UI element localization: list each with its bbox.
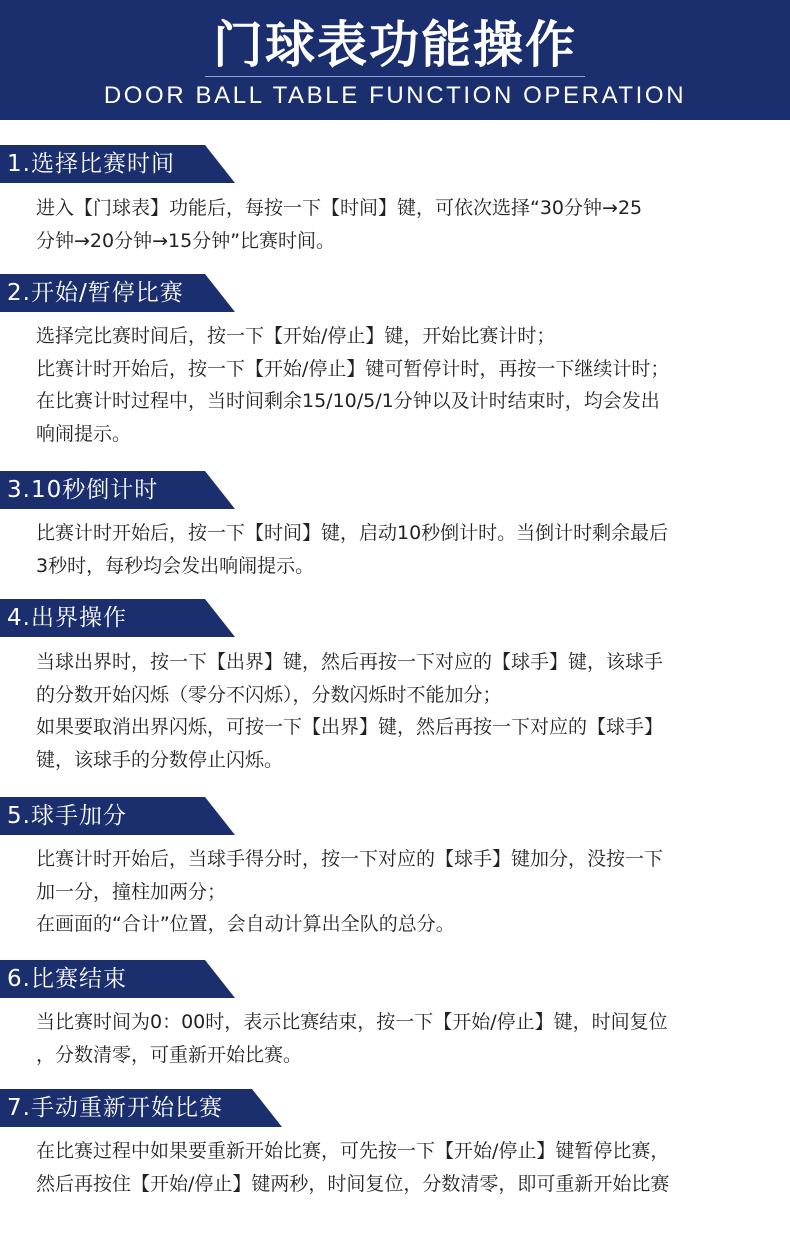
section-body: 选择完比赛时间后，按一下【开始/停止】键，开始比赛计时； 比赛计时开始后，按一下… (36, 320, 776, 450)
page-title: 门球表功能操作 (0, 14, 790, 76)
section-title: 3.10秒倒计时 (7, 471, 158, 509)
body-line: 当比赛时间为0：00时，表示比赛结束，按一下【开始/停止】键，时间复位 (36, 1006, 776, 1039)
body-line: 分钟→20分钟→15分钟”比赛时间。 (36, 225, 776, 258)
body-line: 的分数开始闪烁（零分不闪烁），分数闪烁时不能加分； (36, 679, 776, 712)
body-line: 比赛计时开始后，按一下【时间】键，启动10秒倒计时。当倒计时剩余最后 (36, 517, 776, 550)
section-body: 当比赛时间为0：00时，表示比赛结束，按一下【开始/停止】键，时间复位 ，分数清… (36, 1006, 776, 1071)
header-banner: 门球表功能操作 DOOR BALL TABLE FUNCTION OPERATI… (0, 0, 790, 120)
section-title: 5.球手加分 (7, 797, 127, 835)
body-line: 在画面的“合计”位置，会自动计算出全队的总分。 (36, 908, 776, 941)
section-body: 比赛计时开始后，按一下【时间】键，启动10秒倒计时。当倒计时剩余最后 3秒时，每… (36, 517, 776, 582)
body-line: 进入【门球表】功能后，每按一下【时间】键，可依次选择“30分钟→25 (36, 192, 776, 225)
section-title: 7.手动重新开始比赛 (7, 1089, 223, 1127)
body-line: 然后再按住【开始/停止】键两秒，时间复位，分数清零，即可重新开始比赛 (36, 1168, 776, 1201)
section-body: 进入【门球表】功能后，每按一下【时间】键，可依次选择“30分钟→25 分钟→20… (36, 192, 776, 257)
body-line: 响闹提示。 (36, 418, 776, 451)
body-line: 比赛计时开始后，按一下【开始/停止】键可暂停计时，再按一下继续计时； (36, 353, 776, 386)
section-title: 4.出界操作 (7, 599, 127, 637)
title-divider (205, 76, 585, 77)
body-line: 在比赛计时过程中，当时间剩余15/10/5/1分钟以及计时结束时，均会发出 (36, 385, 776, 418)
section-body: 当球出界时，按一下【出界】键，然后再按一下对应的【球手】键，该球手 的分数开始闪… (36, 646, 776, 776)
body-line: 如果要取消出界闪烁，可按一下【出界】键，然后再按一下对应的【球手】 (36, 711, 776, 744)
section-title: 2.开始/暂停比赛 (7, 274, 184, 312)
section-title: 1.选择比赛时间 (7, 145, 175, 183)
body-line: 选择完比赛时间后，按一下【开始/停止】键，开始比赛计时； (36, 320, 776, 353)
body-line: 键，该球手的分数停止闪烁。 (36, 744, 776, 777)
section-body: 在比赛过程中如果要重新开始比赛，可先按一下【开始/停止】键暂停比赛， 然后再按住… (36, 1135, 776, 1200)
section-body: 比赛计时开始后，当球手得分时，按一下对应的【球手】键加分，没按一下 加一分，撞柱… (36, 843, 776, 941)
body-line: 加一分，撞柱加两分； (36, 876, 776, 909)
body-line: ，分数清零，可重新开始比赛。 (36, 1039, 776, 1072)
page-subtitle: DOOR BALL TABLE FUNCTION OPERATION (0, 82, 790, 110)
body-line: 在比赛过程中如果要重新开始比赛，可先按一下【开始/停止】键暂停比赛， (36, 1135, 776, 1168)
body-line: 比赛计时开始后，当球手得分时，按一下对应的【球手】键加分，没按一下 (36, 843, 776, 876)
body-line: 3秒时，每秒均会发出响闹提示。 (36, 550, 776, 583)
section-title: 6.比赛结束 (7, 960, 127, 998)
body-line: 当球出界时，按一下【出界】键，然后再按一下对应的【球手】键，该球手 (36, 646, 776, 679)
